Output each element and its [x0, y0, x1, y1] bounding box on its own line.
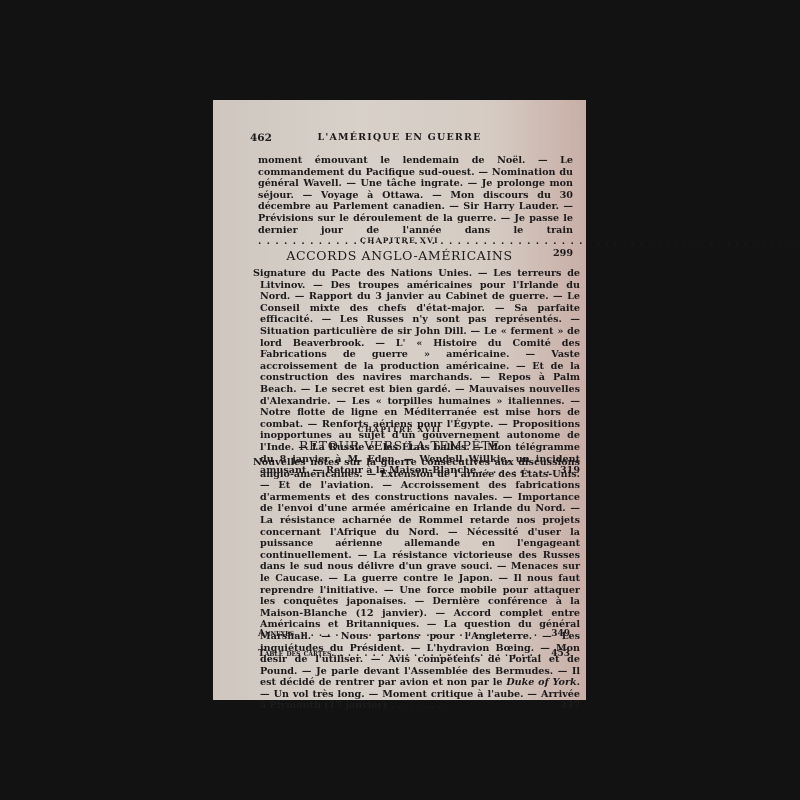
- chapter-17-label: CHAPITRE XVII: [213, 425, 586, 434]
- chapter-16-title: ACCORDS ANGLO-AMÉRICAINS: [213, 248, 586, 263]
- toc-annexes[interactable]: Annexes 349: [258, 629, 570, 639]
- cartes-label: Table des cartes: [258, 649, 331, 659]
- annexes-label: Annexes: [258, 629, 294, 639]
- chapter-16-label: CHAPITRE XVI: [213, 236, 586, 245]
- chapter-17-title: RETOUR VERS LA TEMPÊTE: [213, 438, 586, 453]
- annexes-page: 349: [542, 629, 570, 639]
- book-page: 462 L'AMÉRIQUE EN GUERRE moment émouvant…: [213, 100, 586, 700]
- dot-leader: [331, 649, 542, 659]
- entry-text: moment émouvant le lendemain de Noël. — …: [258, 155, 573, 236]
- dot-leader: [294, 629, 542, 639]
- toc-table-des-cartes[interactable]: Table des cartes 453: [258, 649, 570, 659]
- running-title: L'AMÉRIQUE EN GUERRE: [213, 132, 586, 143]
- chapter-17-page: 337: [567, 700, 580, 712]
- ship-name: Duke of York: [506, 677, 576, 688]
- cartes-page: 453: [542, 649, 570, 659]
- chapter-17-summary: Nouvelles notes sur la guerre consécutiv…: [253, 457, 580, 712]
